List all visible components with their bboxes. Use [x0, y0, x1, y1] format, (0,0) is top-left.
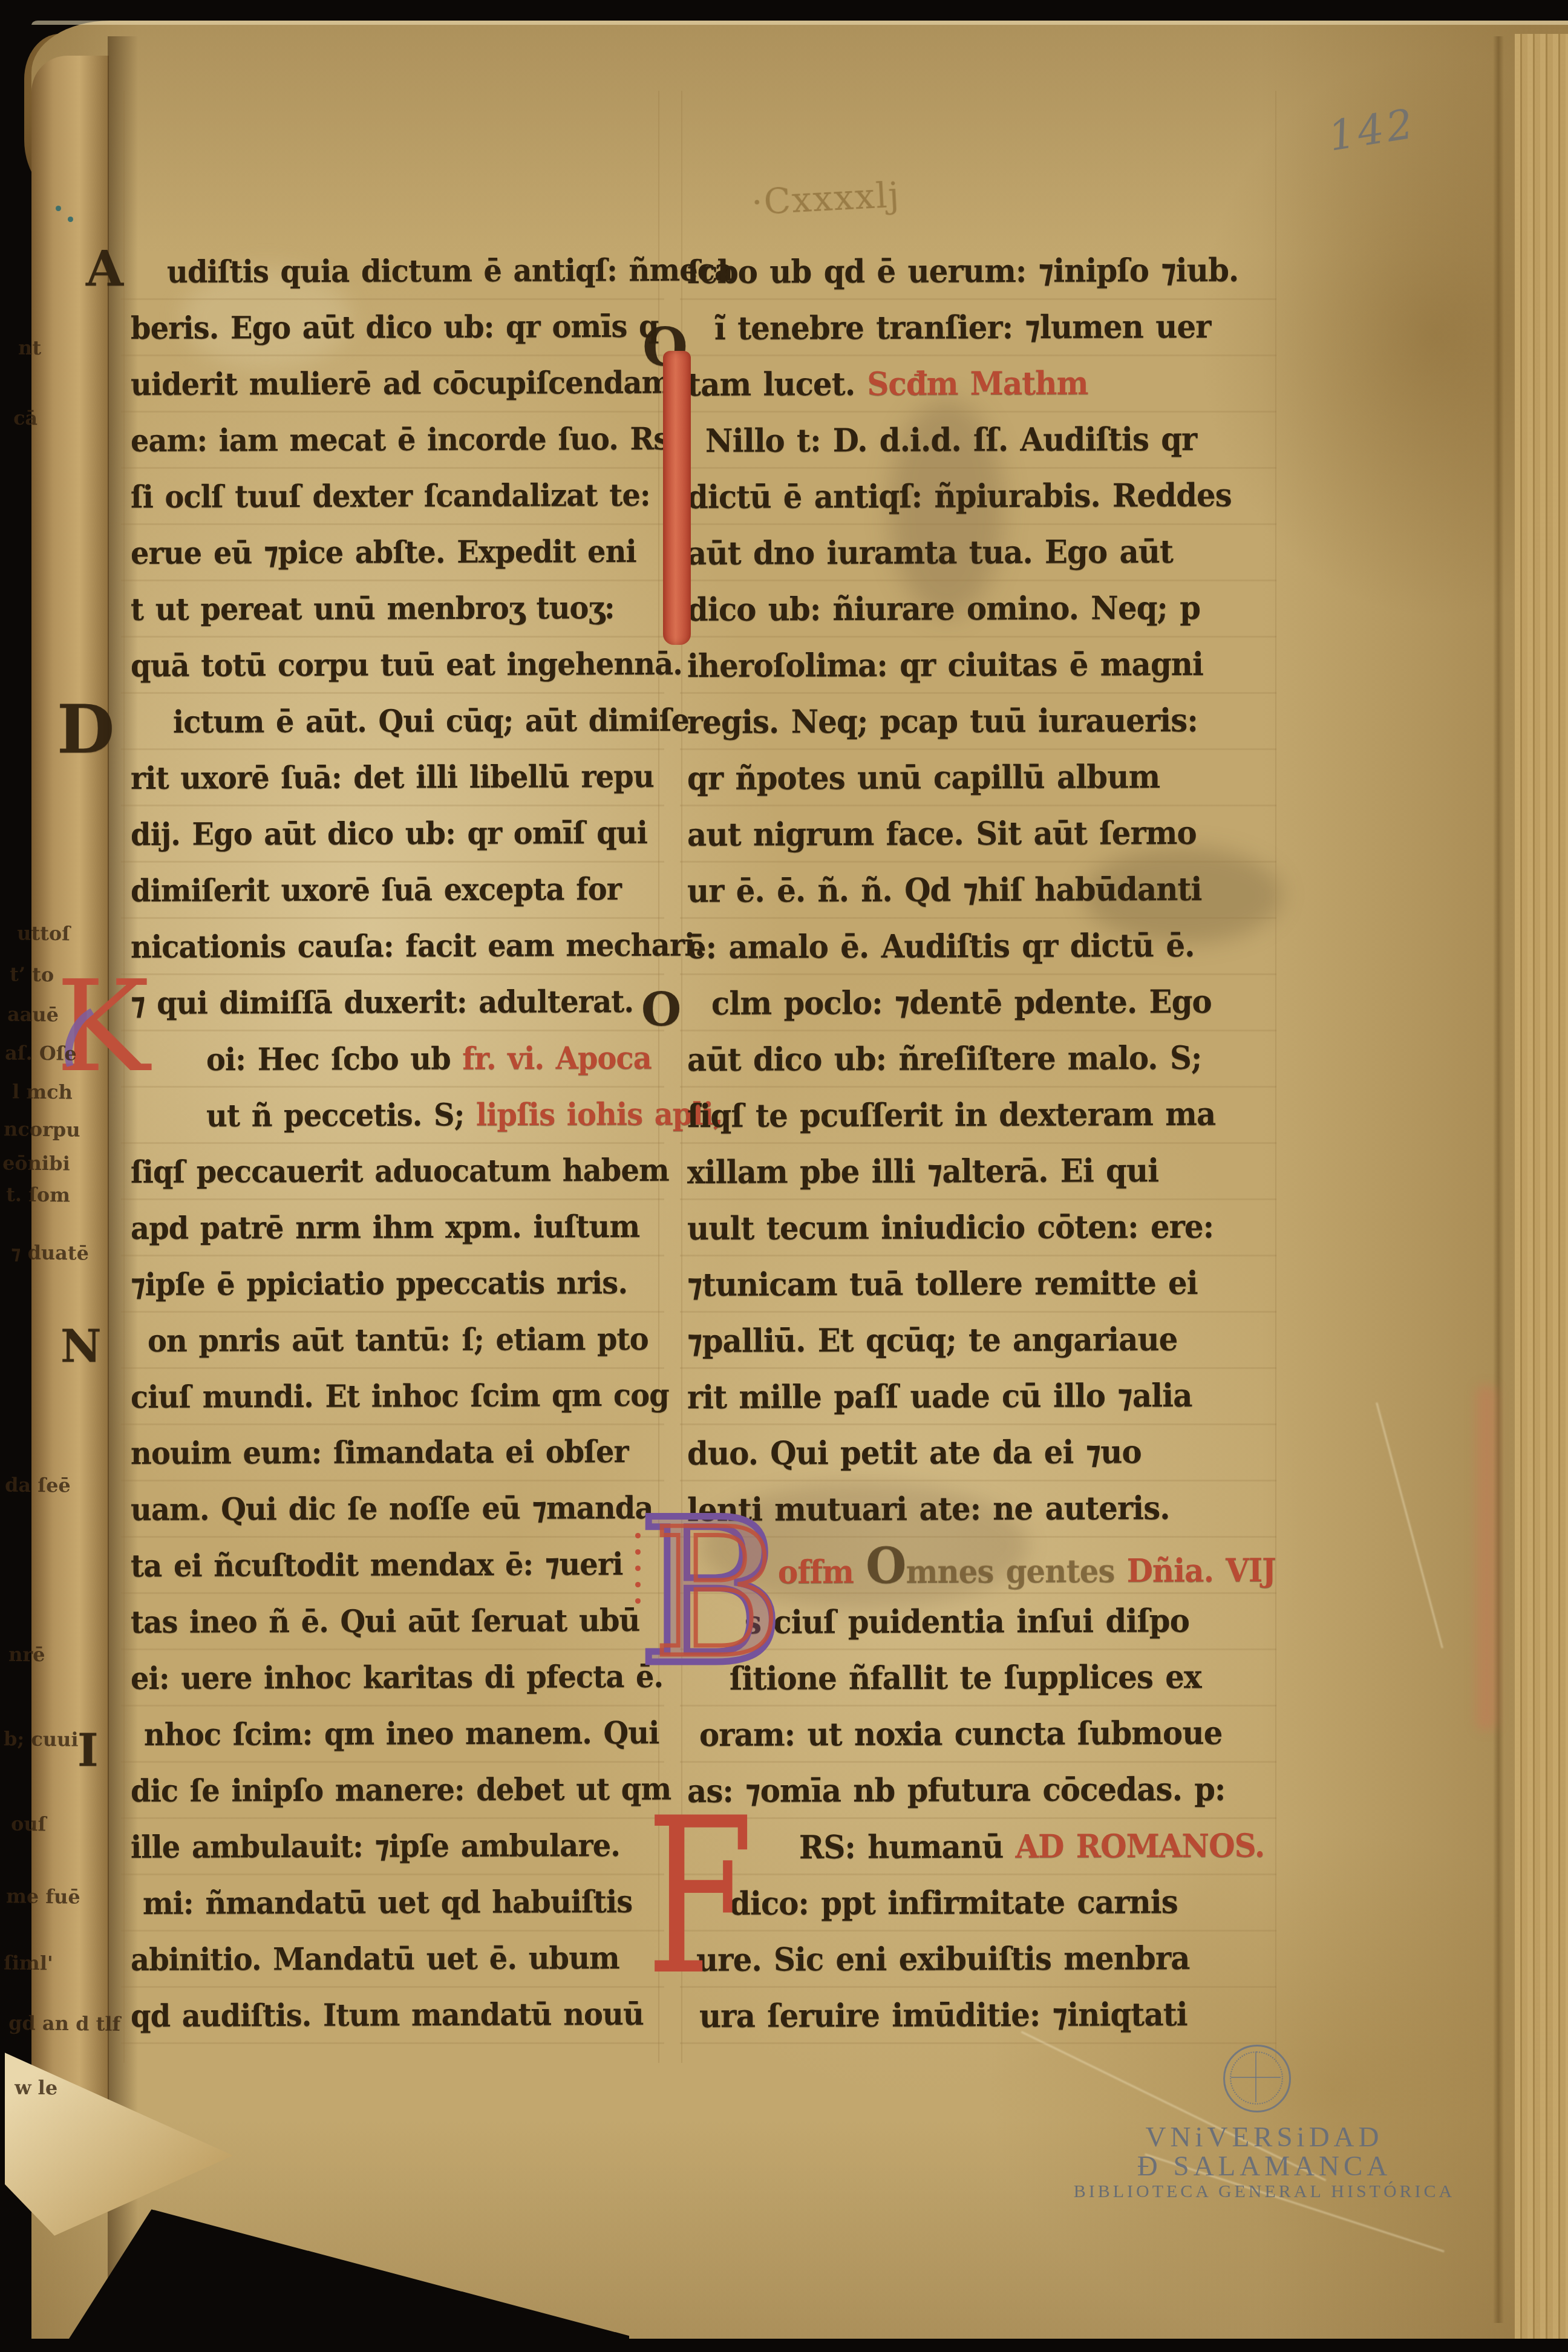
manuscript-text: on pnris aūt tantū: ſ; etiam pto — [148, 1321, 648, 1359]
manuscript-text: ta ei ñcuſtodit mendax ē: ⁊ueri — [131, 1546, 623, 1584]
margin-letter-n: N — [60, 1319, 102, 1375]
margin-fragment: ncorpu — [4, 1117, 80, 1141]
margin-fragment: nrē — [8, 1643, 45, 1667]
initial-k: K — [56, 967, 149, 1088]
text-line: qr ñpotes unū capillū album — [687, 749, 1160, 807]
text-line: ſiqſ te pcuſſerit in dexteram ma — [687, 1086, 1216, 1145]
manuscript-text: quā totū corpu tuū eat ingehennā. — [131, 646, 682, 684]
manuscript-text: apd patrē nrm ihm xpm. iuſtum — [131, 1209, 639, 1247]
margin-letter-o: O — [641, 981, 681, 1037]
text-line: qd audiſtis. Itum mandatū nouū — [131, 1987, 644, 2045]
text-line: aūt dico ub: ñreſiſtere malo. S; — [687, 1030, 1202, 1088]
text-line: aut nigrum face. Sit aūt ſermo — [687, 805, 1197, 863]
text-line: ei: uere inhoc karitas di pfecta ē. — [131, 1649, 664, 1707]
text-line: ⁊ qui dimiſſā duxerit: adulterat. — [131, 974, 633, 1032]
manuscript-text: ſiqſ te pcuſſerit in dexteram ma — [687, 1096, 1215, 1135]
watermark-university: VNiVERSiDAD — [1071, 2121, 1458, 2154]
text-line: regis. Neq; pcap tuū iuraueris: — [687, 693, 1198, 751]
manuscript-text: ⁊palliū. Et qcūq; te angariaue — [687, 1321, 1178, 1360]
rubric-text: fr. vi. Apoca — [462, 1040, 652, 1077]
margin-fragment: aauē — [7, 1003, 59, 1027]
seal-inner-ring — [1230, 2051, 1283, 2105]
manuscript-text: erue eū ⁊pice abſte. Expedit eni — [131, 534, 636, 572]
rubric-text: AD ROMANOS. — [1015, 1827, 1264, 1866]
manuscript-text: clm poclo: ⁊dentē pdente. Ego — [711, 983, 1212, 1022]
text-line: xillam pbe illi ⁊alterā. Ei qui — [687, 1143, 1158, 1201]
rubric-text: lipſis iohis apli, — [476, 1096, 723, 1134]
manuscript-text: rit mille paſſ uade cū illo ⁊alia — [687, 1377, 1192, 1416]
seal-divider — [1231, 2077, 1281, 2078]
manuscript-text: nicationis cauſa: facit eam mechari. — [131, 927, 704, 965]
margin-fragment: l mch — [12, 1080, 73, 1103]
manuscript-text: regis. Neq; pcap tuū iuraueris: — [687, 702, 1198, 741]
text-line: ur ē. ē. ñ. ñ. Qd ⁊hiſ habūdanti — [687, 861, 1202, 920]
manuscript-text: ⁊ipſe ē ppiciatio ppeccatis nris. — [131, 1265, 627, 1303]
rubric-text: Dñia. VIJ — [1114, 1552, 1276, 1590]
text-line: oram: ut noxia cuncta ſubmoue — [699, 1705, 1223, 1763]
text-line: oi: Hec ſcbo ub fr. vi. Apoca — [206, 1030, 652, 1088]
text-line: dij. Ego aūt dico ub: qr omīſ qui — [131, 805, 647, 863]
manuscript-text: dico: ppt infirmitate carnis — [730, 1883, 1178, 1922]
initial-i — [663, 351, 691, 645]
manuscript-text: nhoc ſcim: qm ineo manem. Qui — [144, 1715, 659, 1753]
manuscript-text: tas ineo ñ ē. Qui aūt ſeruat ubū — [131, 1602, 640, 1641]
text-line: RS: humanū AD ROMANOS. — [799, 1818, 1265, 1876]
text-line: ſiqſ peccauerit aduocatum habem — [131, 1143, 669, 1201]
text-line: nhoc ſcim: qm ineo manem. Qui — [144, 1705, 659, 1763]
initial-d-dots — [635, 1533, 641, 1538]
manuscript-text: oram: ut noxia cuncta ſubmoue — [699, 1714, 1223, 1754]
manuscript-text: aūt dno iuramta tua. Ego aūt — [687, 533, 1173, 572]
manuscript-text: ut ñ peccetis. S; — [206, 1097, 476, 1134]
folio-number-ink: ·Cxxxxlj — [750, 174, 901, 223]
margin-letter-i: I — [77, 1723, 99, 1779]
manuscript-text: ei: uere inhoc karitas di pfecta ē. — [131, 1659, 664, 1697]
manuscript-text: ⁊tunicam tuā tollere remitte ei — [687, 1264, 1198, 1304]
text-line: ⁊tunicam tuā tollere remitte ei — [687, 1255, 1198, 1313]
margin-letter-d: D — [57, 693, 114, 766]
university-seal-icon — [1223, 2045, 1291, 2112]
text-line: s ciuſ puidentia inſui diſpo — [745, 1593, 1189, 1651]
binding-thread — [56, 206, 61, 211]
text-line: dico ub: ñiurare omino. Neq; p — [687, 580, 1200, 638]
manuscript-text: ē: amalo ē. Audiſtis qr dictū ē. — [687, 927, 1195, 966]
margin-fragment: nt — [18, 336, 41, 359]
manuscript-text: uam. Qui dic ſe noſſe eū ⁊manda — [131, 1490, 653, 1528]
margin-fragment: me fuē — [6, 1884, 80, 1908]
manuscript-text: dimiſerit uxorē ſuā excepta for — [131, 871, 621, 909]
text-line: duo. Qui petit ate da ei ⁊uo — [687, 1424, 1142, 1482]
margin-fragment: gd an d tlf — [8, 2011, 121, 2036]
text-line: ura ſeruire imūditie: ⁊iniqtati — [699, 1987, 1187, 2045]
text-line: ſi oclſ tuuſ dexter ſcandalizat te: — [131, 468, 650, 526]
text-line: ta ei ñcuſtodit mendax ē: ⁊ueri — [131, 1537, 623, 1595]
text-line: tas ineo ñ ē. Qui aūt ſeruat ubū — [131, 1593, 640, 1651]
text-line: ſitione ñfallit te ſupplices ex — [730, 1649, 1201, 1707]
text-line: mi: ñmandatū uet qd habuiſtis — [143, 1874, 633, 1932]
manuscript-text: ur ē. ē. ñ. ñ. Qd ⁊hiſ habūdanti — [687, 871, 1202, 910]
text-line: ĩ tenebre tranſier: ⁊lumen uer — [714, 299, 1211, 357]
text-line: iheroſolima: qr ciuitas ē magni — [687, 636, 1203, 694]
text-line: on pnris aūt tantū: ſ; etiam pto — [148, 1312, 648, 1370]
manuscript-text: qd audiſtis. Itum mandatū nouū — [131, 1996, 644, 2034]
text-line: t ut pereat unū menbroʒ tuoʒ: — [131, 580, 615, 638]
manuscript-text: abinitio. Mandatū uet ē. ubum — [131, 1940, 619, 1978]
manuscript-text: tam lucet. — [687, 365, 867, 403]
text-line: ut ñ peccetis. S; lipſis iohis apli, — [206, 1086, 723, 1145]
text-line: ⁊ipſe ē ppiciatio ppeccatis nris. — [131, 1255, 627, 1313]
library-watermark: VNiVERSiDAD Ð SALAMANCA BIBLIOTECA GENER… — [1071, 2037, 1458, 2207]
ruling-vline — [1275, 91, 1276, 2063]
manuscript-text: mi: ñmandatū uet qd habuiſtis — [143, 1884, 632, 1922]
manuscript-text: ſiqſ peccauerit aduocatum habem — [131, 1152, 669, 1191]
manuscript-text: uiderit mulierē ad cōcupiſcendam — [131, 365, 671, 403]
text-line: ⁊palliū. Et qcūq; te angariaue — [687, 1312, 1178, 1370]
text-line: aūt dno iuramta tua. Ego aūt — [687, 524, 1173, 582]
text-line: beris. Ego aūt dico ub: qr omīs q — [131, 299, 659, 357]
text-line: quā totū corpu tuū eat ingehennā. — [131, 636, 682, 694]
text-line: ille ambulauit: ⁊ipſe ambulare. — [131, 1818, 620, 1876]
text-line: ciuſ mundi. Et inhoc ſcim qm cog — [131, 1368, 669, 1426]
initial-f: F — [646, 1776, 754, 2018]
manuscript-text: uult tecum iniudicio cōten: ere: — [687, 1208, 1214, 1247]
manuscript-text: ille ambulauit: ⁊ipſe ambulare. — [131, 1828, 620, 1866]
manuscript-text: dij. Ego aūt dico ub: qr omīſ qui — [131, 815, 647, 853]
initial-d-inner: B — [652, 1505, 782, 1682]
text-line: tam lucet. Scđm Mathm — [687, 356, 1088, 413]
manuscript-photo: 142 ·Cxxxxlj udiſtis quia dictum ē antiq… — [0, 0, 1568, 2352]
text-line: udiſtis quia dictum ē antiqſ: ñmeca — [167, 243, 733, 301]
margin-fragment: aſ. Oſe — [5, 1041, 77, 1065]
margin-fragment: w le — [15, 2076, 58, 2100]
text-line: nouim eum: ſimandata ei obſer — [131, 1424, 629, 1482]
text-line: ictum ē aūt. Qui cūq; aūt dimiſe — [173, 693, 689, 751]
text-line: Nillo t: D. d.i.d. ſſ. Audiſtis qr — [705, 411, 1197, 469]
text-line: dictū ē antiqſ: ñpiurabis. Reddes — [687, 468, 1232, 526]
manuscript-text: mnes gentes — [906, 1552, 1114, 1590]
manuscript-text: RS: humanū — [799, 1828, 1016, 1866]
manuscript-text: ſcbo ub qd ē uerum: ⁊inipſo ⁊iub. — [687, 252, 1239, 291]
text-line: apd patrē nrm ihm xpm. iuſtum — [131, 1199, 639, 1257]
text-line: eam: iam mecat ē incorde ſuo. Rs — [131, 411, 670, 469]
manuscript-text: oi: Hec ſcbo ub — [206, 1040, 463, 1078]
manuscript-text: iheroſolima: qr ciuitas ē magni — [687, 645, 1203, 685]
manuscript-text: t ut pereat unū menbroʒ tuoʒ: — [131, 590, 615, 628]
margin-fragment: da ſeē — [5, 1473, 71, 1497]
text-line: ure. Sic eni exibuiſtis menbra — [696, 1930, 1190, 1988]
text-line: dic ſe inipſo manere: debet ut qm — [131, 1762, 671, 1820]
manuscript-text: aūt dico ub: ñreſiſtere malo. S; — [687, 1039, 1202, 1079]
manuscript-text: ure. Sic eni exibuiſtis menbra — [696, 1939, 1190, 1979]
text-line: dico: ppt infirmitate carnis — [730, 1874, 1178, 1932]
manuscript-text: as: ⁊omīa nb pfutura cōcedas. p: — [687, 1771, 1226, 1810]
margin-fragment: uttoſ — [17, 922, 70, 946]
margin-fragment: b; cuui — [4, 1727, 79, 1751]
text-line: rit mille paſſ uade cū illo ⁊alia — [687, 1368, 1192, 1426]
text-line: uam. Qui dic ſe noſſe eū ⁊manda — [131, 1480, 653, 1538]
watermark-salamanca: Ð SALAMANCA — [1071, 2150, 1458, 2183]
margin-fragment: t. ſom — [6, 1183, 70, 1206]
manuscript-text: Nillo t: D. d.i.d. ſſ. Audiſtis qr — [705, 420, 1197, 460]
manuscript-text: ſi oclſ tuuſ dexter ſcandalizat te: — [131, 477, 650, 515]
rubric-text: Scđm Mathm — [867, 365, 1088, 403]
manuscript-text: ſitione ñfallit te ſupplices ex — [730, 1658, 1201, 1697]
text-line: clm poclo: ⁊dentē pdente. Ego — [711, 974, 1212, 1032]
margin-fragment: t’ to — [10, 963, 54, 987]
margin-fragment: ouſ — [11, 1812, 47, 1836]
manuscript-text: dictū ē antiqſ: ñpiurabis. Reddes — [687, 477, 1232, 516]
manuscript-text: ura ſeruire imūditie: ⁊iniqtati — [699, 1996, 1187, 2035]
text-line: rit uxorē ſuā: det illi libellū repu — [131, 749, 654, 807]
rubric-text: offm — [778, 1553, 866, 1591]
text-line: abinitio. Mandatū uet ē. ubum — [131, 1930, 619, 1988]
manuscript-text: aut nigrum face. Sit aūt ſermo — [687, 814, 1197, 854]
manuscript-text: eam: iam mecat ē incorde ſuo. Rs — [131, 421, 670, 459]
manuscript-text: s ciuſ puidentia inſui diſpo — [745, 1602, 1189, 1641]
text-line: erue eū ⁊pice abſte. Expedit eni — [131, 524, 636, 582]
manuscript-text: xillam pbe illi ⁊alterā. Ei qui — [687, 1152, 1158, 1191]
page-stack-edges — [1515, 34, 1568, 2340]
manuscript-text: udiſtis quia dictum ē antiqſ: ñmeca — [167, 252, 733, 290]
text-line: dimiſerit uxorē ſuā excepta for — [131, 861, 621, 920]
manuscript-text: O — [866, 1537, 906, 1595]
text-line: uult tecum iniudicio cōten: ere: — [687, 1199, 1214, 1257]
text-line: uiderit mulierē ad cōcupiſcendam — [131, 355, 672, 413]
manuscript-text: ictum ē aūt. Qui cūq; aūt dimiſe — [173, 702, 689, 740]
margin-fragment: cā — [13, 407, 38, 430]
manuscript-text: nouim eum: ſimandata ei obſer — [131, 1434, 629, 1472]
text-line: ſcbo ub qd ē uerum: ⁊inipſo ⁊iub. — [687, 243, 1239, 301]
background-bottom — [0, 2339, 1568, 2352]
margin-letter-a: A — [86, 241, 123, 297]
text-line: offm Omnes gentes Dñia. VIJ — [778, 1537, 1276, 1595]
initial-d: B B — [638, 1493, 746, 1711]
margin-fragment: ⁊ duatē — [11, 1241, 89, 1264]
manuscript-text: dic ſe inipſo manere: debet ut qm — [131, 1771, 671, 1809]
text-line: ē: amalo ē. Audiſtis qr dictū ē. — [687, 918, 1195, 976]
binding-thread — [68, 217, 73, 222]
manuscript-text: rit uxorē ſuā: det illi libellū repu — [131, 759, 654, 797]
watermark-library: BIBLIOTECA GENERAL HISTÓRICA — [1059, 2181, 1470, 2202]
manuscript-text: ĩ tenebre tranſier: ⁊lumen uer — [714, 308, 1211, 347]
red-offset-band — [1476, 1385, 1497, 1730]
manuscript-text: ciuſ mundi. Et inhoc ſcim qm cog — [131, 1377, 669, 1416]
text-line: as: ⁊omīa nb pfutura cōcedas. p: — [687, 1762, 1226, 1820]
manuscript-text: beris. Ego aūt dico ub: qr omīs q — [131, 309, 659, 347]
manuscript-text: duo. Qui petit ate da ei ⁊uo — [687, 1433, 1142, 1472]
manuscript-text: dico ub: ñiurare omino. Neq; p — [687, 589, 1200, 629]
margin-fragment: ſiml' — [4, 1952, 53, 1975]
text-line: nicationis cauſa: facit eam mechari. — [131, 917, 704, 976]
margin-fragment: eōnibi — [2, 1151, 70, 1175]
manuscript-text: qr ñpotes unū capillū album — [687, 758, 1160, 797]
page-edge-crease — [1493, 36, 1504, 2323]
manuscript-text: ⁊ qui dimiſſā duxerit: adulterat. — [131, 984, 633, 1022]
